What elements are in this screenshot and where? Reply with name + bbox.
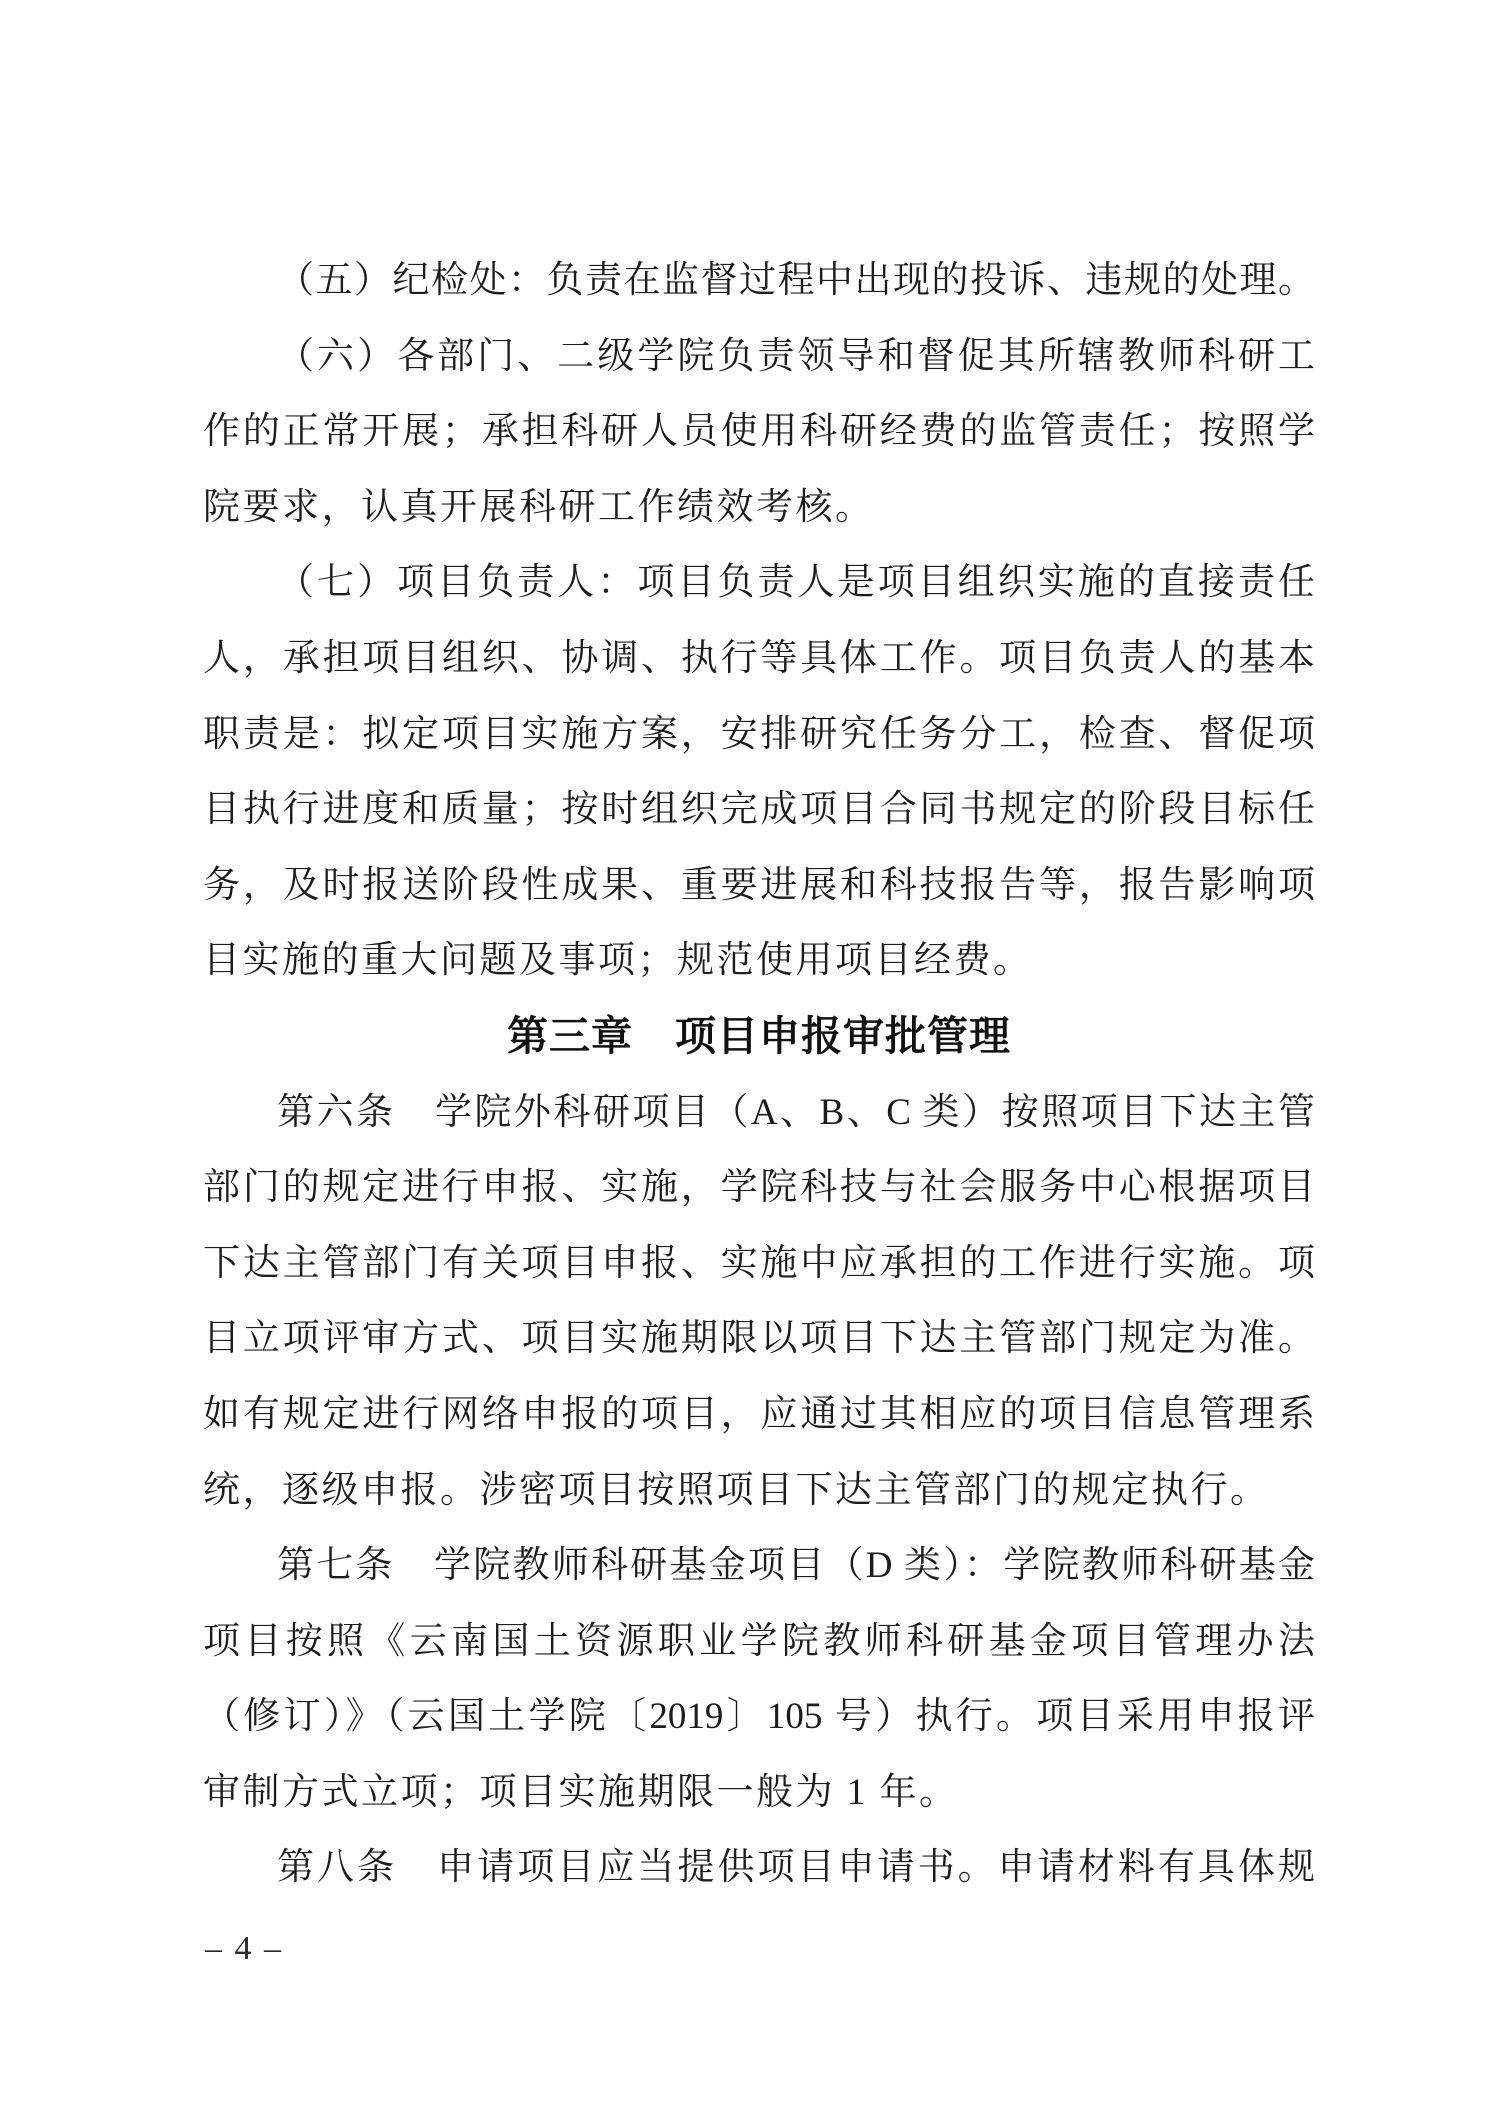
body-line: 人，承担项目组织、协调、执行等具体工作。项目负责人的基本 xyxy=(203,621,1315,697)
body-line: 审制方式立项；项目实施期限一般为 1 年。 xyxy=(203,1755,1315,1831)
body-line: 第八条 申请项目应当提供项目申请书。申请材料有具体规 xyxy=(203,1830,1315,1906)
body-line: 职责是：拟定项目实施方案，安排研究任务分工，检查、督促项 xyxy=(203,697,1315,773)
body-line: 务，及时报送阶段性成果、重要进展和科技报告等，报告影响项 xyxy=(203,848,1315,924)
body-line: （七）项目负责人：项目负责人是项目组织实施的直接责任 xyxy=(203,545,1315,621)
body-line: 部门的规定进行申报、实施，学院科技与社会服务中心根据项目 xyxy=(203,1150,1315,1226)
body-line: 第六条 学院外科研项目（A、B、C 类）按照项目下达主管 xyxy=(203,1075,1315,1151)
body-line: 目立项评审方式、项目实施期限以项目下达主管部门规定为准。 xyxy=(203,1301,1315,1377)
body-line: 第七条 学院教师科研基金项目（D 类）：学院教师科研基金 xyxy=(203,1528,1315,1604)
body-line: （六）各部门、二级学院负责领导和督促其所辖教师科研工 xyxy=(203,319,1315,395)
chapter-heading: 第三章 项目申报审批管理 xyxy=(203,999,1315,1075)
body-line: 目执行进度和质量；按时组织完成项目合同书规定的阶段目标任 xyxy=(203,772,1315,848)
body-line: （修订）》（云国土学院〔2019〕105 号）执行。项目采用申报评 xyxy=(203,1679,1315,1755)
body-line: 院要求，认真开展科研工作绩效考核。 xyxy=(203,470,1315,546)
body-line: 统，逐级申报。涉密项目按照项目下达主管部门的规定执行。 xyxy=(203,1453,1315,1529)
body-line: 作的正常开展；承担科研人员使用科研经费的监管责任；按照学 xyxy=(203,394,1315,470)
page-number: – 4 – xyxy=(205,1924,283,1974)
body-line: 目实施的重大问题及事项；规范使用项目经费。 xyxy=(203,923,1315,999)
body-line: 如有规定进行网络申报的项目，应通过其相应的项目信息管理系 xyxy=(203,1377,1315,1453)
document-body: （五）纪检处：负责在监督过程中出现的投诉、违规的处理。 （六）各部门、二级学院负… xyxy=(203,243,1315,1906)
body-line: 下达主管部门有关项目申报、实施中应承担的工作进行实施。项 xyxy=(203,1226,1315,1302)
body-line: 项目按照《云南国土资源职业学院教师科研基金项目管理办法 xyxy=(203,1604,1315,1680)
document-page: （五）纪检处：负责在监督过程中出现的投诉、违规的处理。 （六）各部门、二级学院负… xyxy=(0,0,1500,2121)
body-line: （五）纪检处：负责在监督过程中出现的投诉、违规的处理。 xyxy=(203,243,1315,319)
